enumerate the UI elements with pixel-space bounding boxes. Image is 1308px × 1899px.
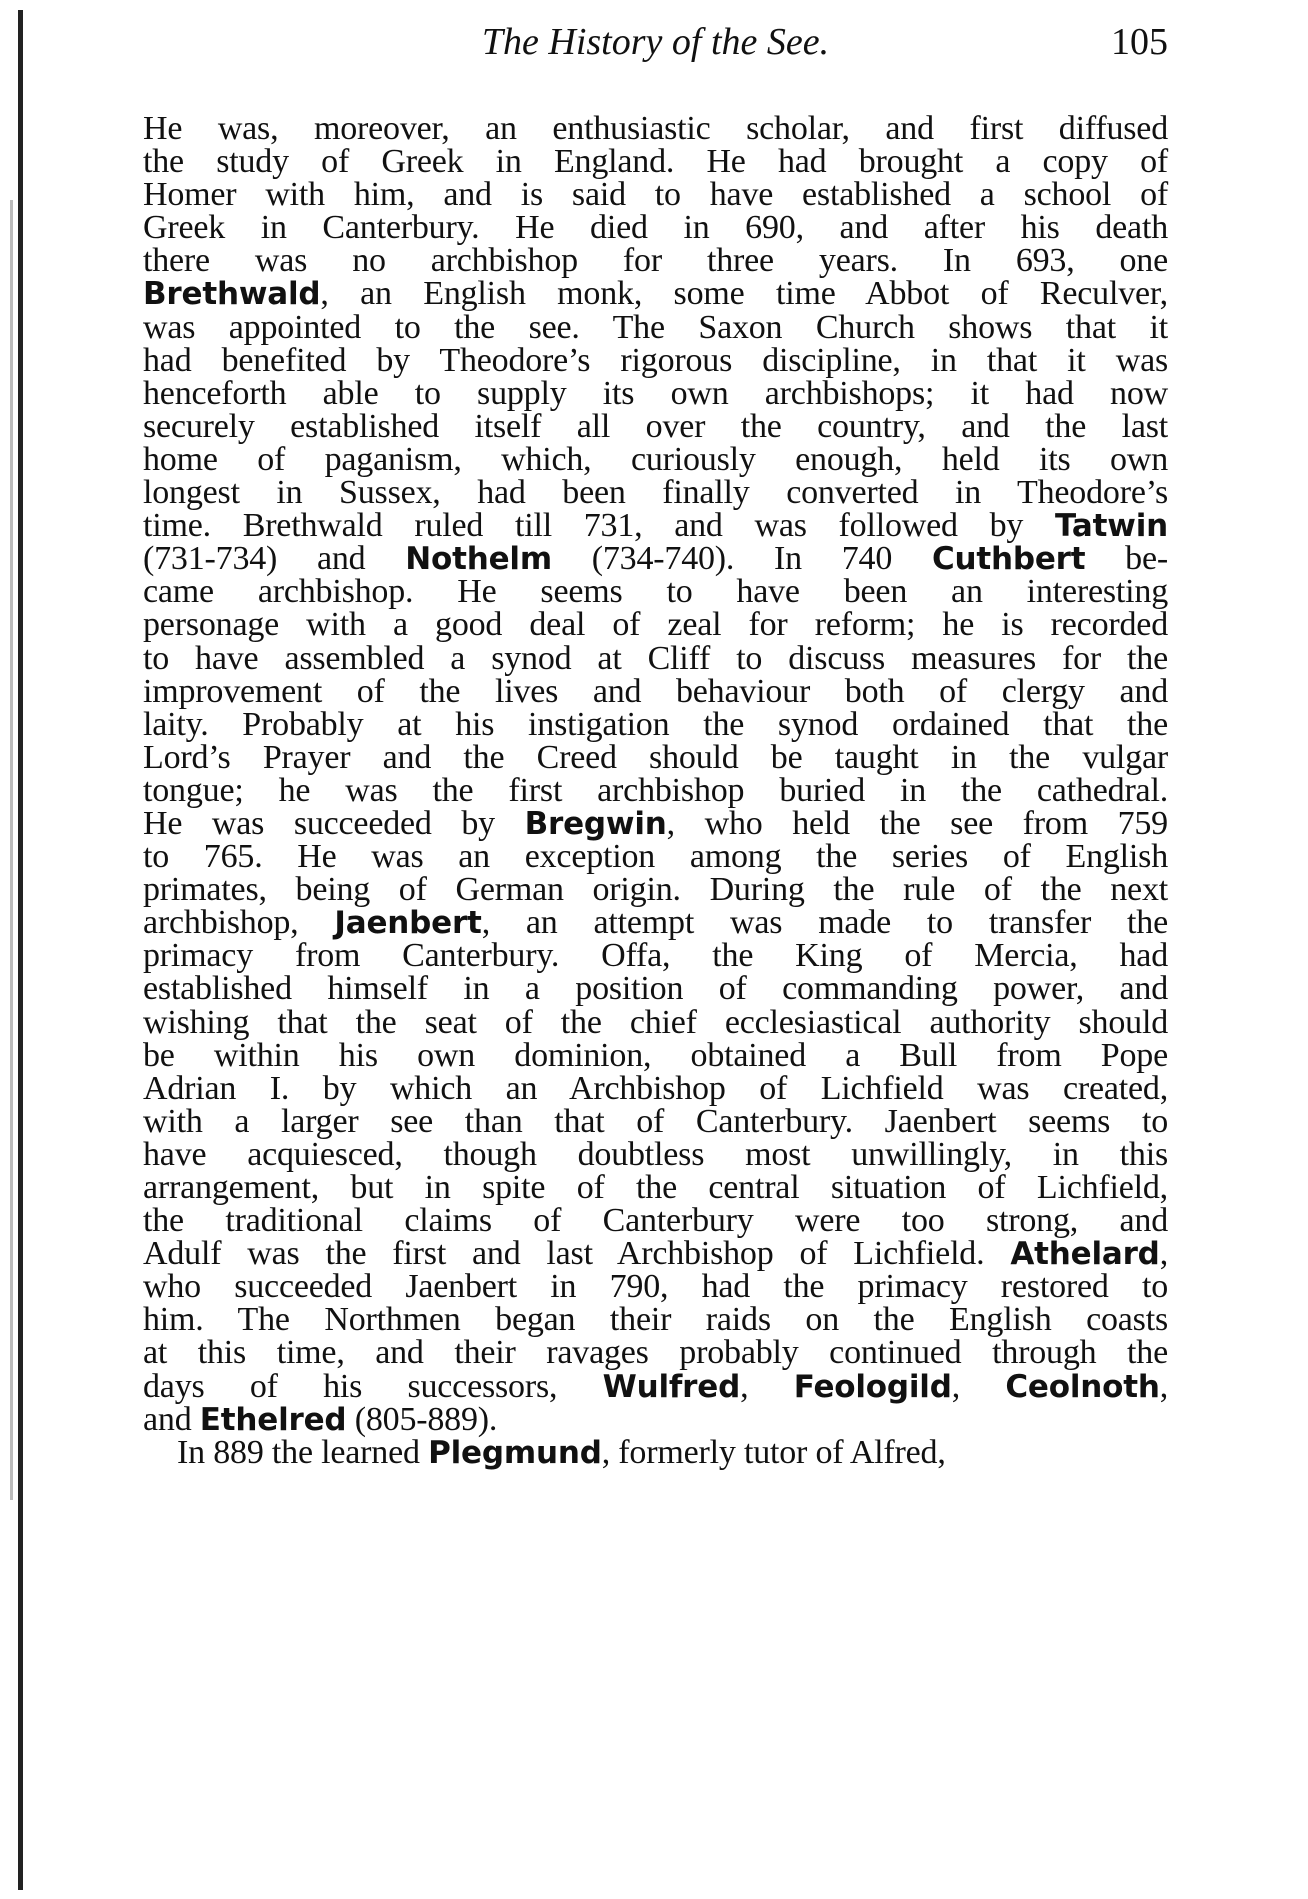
text-line: be within his own dominion, obtained a B… — [143, 1039, 1168, 1072]
text-line: wishing that the seat of the chief eccle… — [143, 1006, 1168, 1039]
archbishop-name: Ethelred — [200, 1402, 347, 1438]
archbishop-name: Wulfred — [603, 1369, 740, 1405]
archbishop-name: Tatwin — [1055, 508, 1168, 544]
archbishop-name: Cuthbert — [932, 541, 1085, 577]
text-line: He was succeeded by Bregwin, who held th… — [143, 807, 1168, 840]
text-line: to have assembled a synod at Cliff to di… — [143, 642, 1168, 675]
archbishop-name: Plegmund — [428, 1435, 602, 1471]
text-line: tongue; he was the first archbishop buri… — [143, 774, 1168, 807]
text-line: days of his successors, Wulfred, Feologi… — [143, 1370, 1168, 1403]
archbishop-name: Brethwald — [143, 276, 320, 312]
text-line: archbishop, Jaenbert, an attempt was mad… — [143, 906, 1168, 939]
text-line: arrangement, but in spite of the central… — [143, 1171, 1168, 1204]
text-line: and Ethelred (805-889). — [143, 1403, 1168, 1436]
text-line: time. Brethwald ruled till 731, and was … — [143, 509, 1168, 542]
text-line: improvement of the lives and behaviour b… — [143, 675, 1168, 708]
page-body-text: He was, moreover, an enthusiastic schola… — [143, 112, 1168, 1469]
archbishop-name: Feologild — [794, 1369, 952, 1405]
text-line: had benefited by Theodore’s rigorous dis… — [143, 344, 1168, 377]
archbishop-name: Bregwin — [525, 806, 667, 842]
text-line: who succeeded Jaenbert in 790, had the p… — [143, 1270, 1168, 1303]
text-line: Adrian I. by which an Archbishop of Lich… — [143, 1072, 1168, 1105]
text-line: securely established itself all over the… — [143, 410, 1168, 443]
text-line: primates, being of German origin. During… — [143, 873, 1168, 906]
text-line: Adulf was the first and last Archbishop … — [143, 1237, 1168, 1270]
text-line: Brethwald, an English monk, some time Ab… — [143, 277, 1168, 310]
text-line: Lord’s Prayer and the Creed should be ta… — [143, 741, 1168, 774]
text-line: him. The Northmen began their raids on t… — [143, 1303, 1168, 1336]
text-line: there was no archbishop for three years.… — [143, 244, 1168, 277]
archbishop-name: Nothelm — [405, 541, 552, 577]
text-line: the traditional claims of Canterbury wer… — [143, 1204, 1168, 1237]
scan-shadow — [10, 200, 13, 1500]
text-line: with a larger see than that of Canterbur… — [143, 1105, 1168, 1138]
text-line: longest in Sussex, had been finally conv… — [143, 476, 1168, 509]
text-line: personage with a good deal of zeal for r… — [143, 608, 1168, 641]
text-line: the study of Greek in England. He had br… — [143, 145, 1168, 178]
text-line: In 889 the learned Plegmund, formerly tu… — [143, 1436, 1168, 1469]
text-line: Greek in Canterbury. He died in 690, and… — [143, 211, 1168, 244]
text-line: henceforth able to supply its own archbi… — [143, 377, 1168, 410]
text-line: to 765. He was an exception among the se… — [143, 840, 1168, 873]
text-line: have acquiesced, though doubtless most u… — [143, 1138, 1168, 1171]
text-line: Homer with him, and is said to have esta… — [143, 178, 1168, 211]
text-line: established himself in a position of com… — [143, 972, 1168, 1005]
text-line: came archbishop. He seems to have been a… — [143, 575, 1168, 608]
scan-binding-edge — [18, 10, 23, 1890]
text-line: (731-734) and Nothelm (734-740). In 740 … — [143, 542, 1168, 575]
text-line: home of paganism, which, curiously enoug… — [143, 443, 1168, 476]
text-line: was appointed to the see. The Saxon Chur… — [143, 311, 1168, 344]
text-line: laity. Probably at his instigation the s… — [143, 708, 1168, 741]
page-number: 105 — [1111, 20, 1168, 64]
running-title: The History of the See. — [143, 20, 1168, 64]
running-header: The History of the See. 105 — [143, 20, 1168, 70]
text-line: He was, moreover, an enthusiastic schola… — [143, 112, 1168, 145]
archbishop-name: Athelard — [1010, 1236, 1159, 1272]
text-line: at this time, and their ravages probably… — [143, 1336, 1168, 1369]
archbishop-name: Jaenbert — [334, 905, 481, 941]
archbishop-name: Ceolnoth — [1005, 1369, 1159, 1405]
text-line: primacy from Canterbury. Offa, the King … — [143, 939, 1168, 972]
